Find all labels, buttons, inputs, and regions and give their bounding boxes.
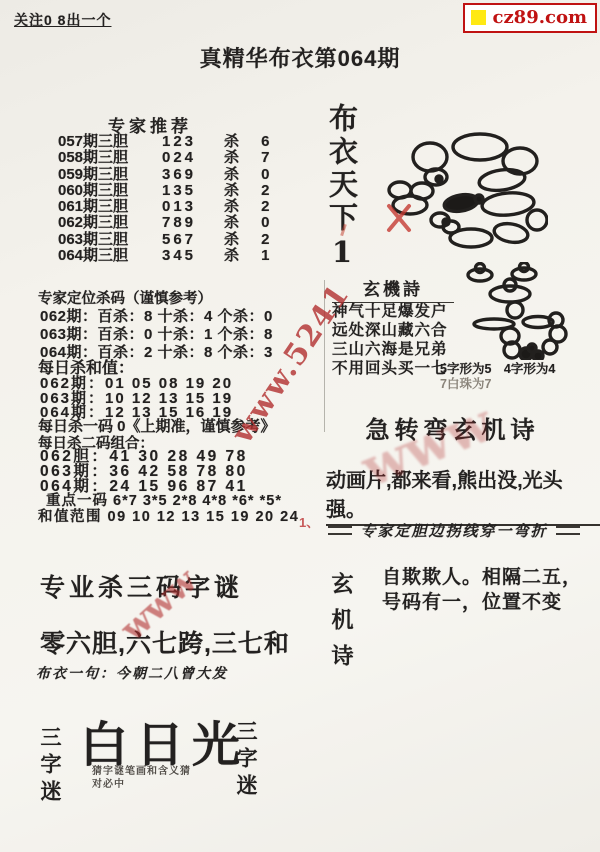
sharp-turn-subtitle-row: 专家定胆边拐线穿一弯折 — [315, 520, 593, 541]
expert-row-period: 063期三胆 — [58, 232, 162, 248]
sum-range-line: 和值范围 09 10 12 13 15 19 20 24 — [38, 505, 299, 526]
divider-line — [556, 526, 580, 535]
three-char-left-label: 三字迷 — [34, 726, 64, 807]
expert-row-kill: 杀 1 — [224, 248, 279, 264]
red-small-mark: 1、 — [299, 512, 319, 531]
expert-row-period: 059期三胆 — [58, 167, 162, 183]
expert-row-period: 058期三胆 — [58, 150, 162, 166]
logo-text: cz89.com — [492, 7, 587, 28]
expert-row-kill: 杀 2 — [224, 232, 279, 248]
three-code-riddle-line: 零六胆,六七跨,三七和 — [40, 624, 290, 660]
expert-row: 060期三胆135杀 2 — [58, 183, 279, 199]
site-logo-badge: cz89.com — [463, 3, 597, 33]
expert-row: 062期三胆789杀 0 — [58, 215, 279, 231]
expert-row-kill: 杀 7 — [224, 150, 279, 166]
expert-row-numbers: 345 — [162, 248, 224, 264]
expert-row-kill: 杀 2 — [224, 183, 279, 199]
tip-sheet-page: 关注0 8出一个 cz89.com 真精华布衣第064期 专家推荐 057期三胆… — [0, 0, 600, 852]
expert-row-period: 064期三胆 — [58, 248, 162, 264]
expert-row: 057期三胆123杀 6 — [58, 134, 279, 150]
bottom-poem-line: 号码有一，位置不变 — [382, 587, 562, 614]
expert-row: 059期三胆369杀 0 — [58, 167, 279, 183]
expert-recommend-table: 057期三胆123杀 6 058期三胆024杀 7 059期三胆369杀 0 0… — [58, 134, 279, 264]
expert-row: 064期三胆345杀 1 — [58, 248, 279, 264]
expert-row-kill: 杀 0 — [224, 167, 279, 183]
ingots-doodle-sketch — [462, 262, 577, 360]
sharp-turn-line: 动画片,都来看,熊出没,光头强。 — [326, 464, 600, 526]
bottom-poem-line: 自欺欺人。相隔二五， — [382, 562, 582, 589]
expert-row-numbers: 369 — [162, 167, 224, 183]
sharp-turn-heading: 急转弯玄机诗 — [315, 410, 590, 445]
expert-row-period: 062期三胆 — [58, 215, 162, 231]
red-x-mark — [389, 206, 409, 230]
expert-row-numbers: 789 — [162, 215, 224, 231]
divider-line — [328, 526, 352, 535]
expert-row-numbers: 024 — [162, 150, 224, 166]
expert-row-kill: 杀 0 — [224, 215, 279, 231]
three-char-caption: 对必中 — [92, 775, 125, 790]
circles-doodle-sketch — [383, 130, 548, 262]
top-note: 关注0 8出一个 — [14, 10, 111, 30]
expert-row: 063期三胆567杀 2 — [58, 232, 279, 248]
sharp-turn-subtitle: 专家定胆边拐线穿一弯折 — [360, 520, 547, 541]
expert-row-numbers: 123 — [162, 134, 224, 150]
expert-row-numbers: 567 — [162, 232, 224, 248]
mystery-poem-line: 不用回头买一七 — [332, 356, 448, 378]
three-code-riddle-heading: 专业杀三码字谜 — [40, 568, 243, 604]
expert-row-numbers: 013 — [162, 199, 224, 215]
expert-row-numbers: 135 — [162, 183, 224, 199]
expert-row-kill: 杀 6 — [224, 134, 279, 150]
expert-row: 058期三胆024杀 7 — [58, 150, 279, 166]
buyi-sentence: 布衣一句：今朝二八曾大发 — [36, 663, 228, 683]
expert-row-period: 060期三胆 — [58, 183, 162, 199]
shape-note: 7白珠为7 — [440, 374, 491, 392]
vertical-title: 布衣天下1 — [322, 103, 363, 273]
page-title: 真精华布衣第064期 — [0, 42, 600, 73]
bottom-poem-vertical-label: 玄机诗 — [326, 572, 357, 680]
three-char-right-label: 三字迷 — [230, 720, 260, 801]
expert-row-period: 057期三胆 — [58, 134, 162, 150]
logo-square-icon — [471, 10, 486, 25]
